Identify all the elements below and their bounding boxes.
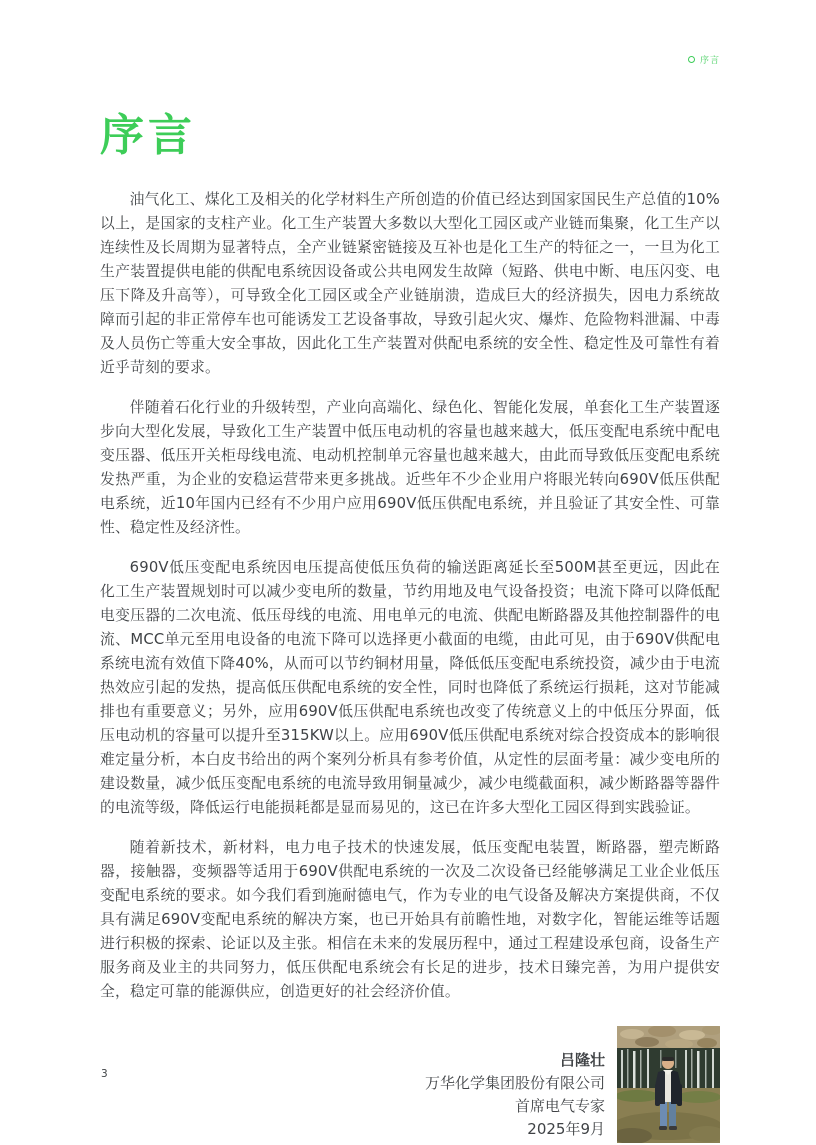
author-company: 万华化学集团股份有限公司 <box>425 1072 605 1095</box>
page-number: 3 <box>101 1068 108 1080</box>
section-ring-icon <box>688 56 695 63</box>
author-name: 吕隆壮 <box>425 1049 605 1072</box>
page-title: 序言 <box>100 110 720 162</box>
paragraph-3: 690V低压变配电系统因电压提高使低压负荷的输送距离延长至500M甚至更远，因此… <box>100 556 720 820</box>
author-role: 首席电气专家 <box>425 1095 605 1118</box>
paragraph-4: 随着新技术，新材料，电力电子技术的快速发展，低压变配电装置，断路器，塑壳断路器，… <box>100 836 720 1004</box>
document-page: 序言 序言 油气化工、煤化工及相关的化学材料生产所创造的价值已经达到国家国民生产… <box>0 0 816 1145</box>
paragraph-2: 伴随着石化行业的升级转型，产业向高端化、绿色化、智能化发展，单套化工生产装置逐步… <box>100 396 720 540</box>
signature-date: 2025年9月 <box>425 1118 605 1141</box>
running-header: 序言 <box>688 53 720 66</box>
signature-section: 吕隆壮 万华化学集团股份有限公司 首席电气专家 2025年9月 <box>100 1026 720 1143</box>
page-content: 序言 油气化工、煤化工及相关的化学材料生产所创造的价值已经达到国家国民生产总值的… <box>100 110 720 1143</box>
author-photo <box>617 1026 720 1143</box>
signature-block: 吕隆壮 万华化学集团股份有限公司 首席电气专家 2025年9月 <box>425 1049 605 1143</box>
body-text: 油气化工、煤化工及相关的化学材料生产所创造的价值已经达到国家国民生产总值的10%… <box>100 188 720 1004</box>
running-header-label: 序言 <box>700 53 720 66</box>
paragraph-1: 油气化工、煤化工及相关的化学材料生产所创造的价值已经达到国家国民生产总值的10%… <box>100 188 720 380</box>
